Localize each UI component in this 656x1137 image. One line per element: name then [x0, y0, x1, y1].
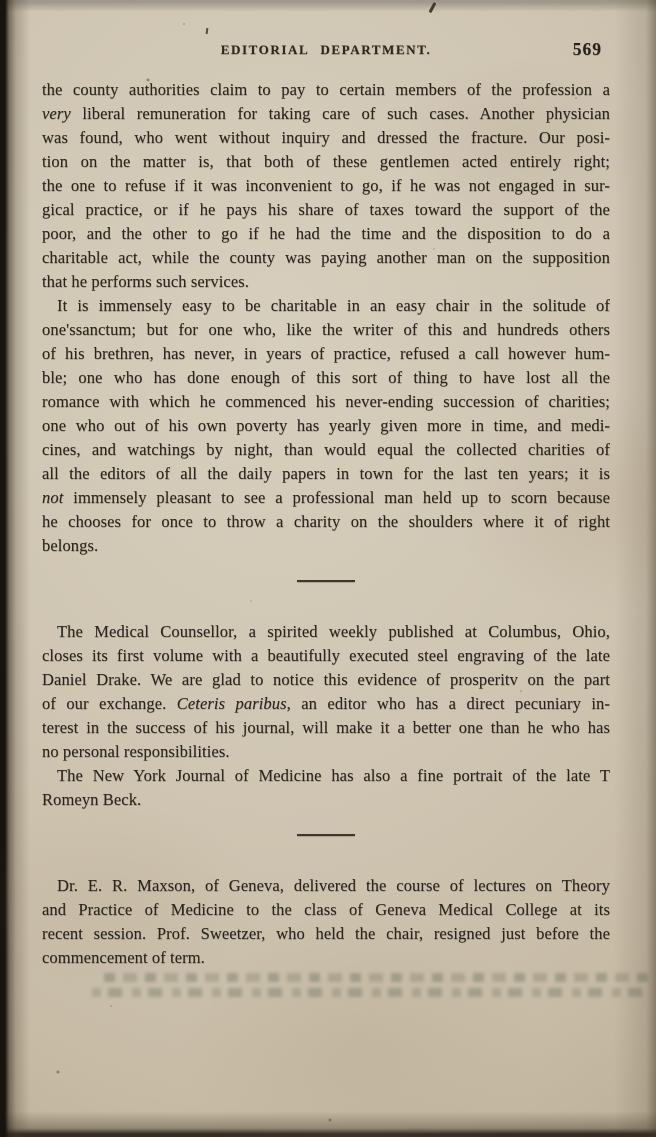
- text-line: It is immensely easy to be charitable in…: [42, 294, 610, 318]
- text-line: of our exchange. Ceteris paribus, an edi…: [42, 692, 610, 716]
- text-line: commencement of term.: [42, 946, 610, 970]
- show-through-text: [82, 988, 642, 997]
- text-line: one who out of his own poverty has yearl…: [42, 414, 610, 438]
- text-line: romance with which he commenced his neve…: [42, 390, 610, 414]
- text-line: Dr. E. R. Maxson, of Geneva, delivered t…: [42, 874, 610, 898]
- text-line: the one to refuse if it was inconvenient…: [42, 174, 610, 198]
- running-head: EDITORIAL DEPARTMENT.: [42, 42, 610, 58]
- text-line: all the editors of all the daily papers …: [42, 462, 610, 486]
- text-body: the county authorities claim to pay to c…: [42, 78, 610, 970]
- section-divider: [297, 580, 355, 582]
- text-line: The Medical Counsellor, a spirited weekl…: [42, 620, 610, 644]
- text-line: gical practice, or if he pays his share …: [42, 198, 610, 222]
- text-line: tion on the matter is, that both of thes…: [42, 150, 610, 174]
- paper-specks: [0, 0, 2, 2]
- text-line: very liberal remuneration for taking car…: [42, 102, 610, 126]
- text-line: that he performs such services.: [42, 270, 610, 294]
- ink-mark: [429, 2, 436, 13]
- text-line: Romeyn Beck.: [42, 788, 610, 812]
- page-number: 569: [573, 39, 602, 60]
- text-line: the county authorities claim to pay to c…: [42, 78, 610, 102]
- text-line: was found, who went without inquiry and …: [42, 126, 610, 150]
- text-line: The New York Journal of Medicine has als…: [42, 764, 610, 788]
- text-line: cines, and watchings by night, than woul…: [42, 438, 610, 462]
- book-page: EDITORIAL DEPARTMENT. 569 the county aut…: [0, 0, 656, 1137]
- text-line: and Practice of Medicine to the class of…: [42, 898, 610, 922]
- text-line: recent session. Prof. Sweetzer, who held…: [42, 922, 610, 946]
- page-header: EDITORIAL DEPARTMENT. 569: [42, 42, 610, 58]
- text-line: terest in the success of his journal, wi…: [42, 716, 610, 740]
- text-line: no personal responsibilities.: [42, 740, 610, 764]
- text-line: one'ssanctum; but for one who, like the …: [42, 318, 610, 342]
- text-line: poor, and the other to go if he had the …: [42, 222, 610, 246]
- show-through-text: [100, 973, 648, 982]
- text-line: Daniel Drake. We are glad to notice this…: [42, 668, 610, 692]
- text-line: belongs.: [42, 534, 610, 558]
- section-divider: [297, 834, 355, 836]
- text-line: ble; one who has done enough of this sor…: [42, 366, 610, 390]
- text-line: closes its first volume with a beautiful…: [42, 644, 610, 668]
- text-line: of his brethren, has never, in years of …: [42, 342, 610, 366]
- ink-mark: [206, 28, 208, 34]
- text-line: not immensely pleasant to see a professi…: [42, 486, 610, 510]
- text-line: charitable act, while the county was pay…: [42, 246, 610, 270]
- text-line: he chooses for once to throw a charity o…: [42, 510, 610, 534]
